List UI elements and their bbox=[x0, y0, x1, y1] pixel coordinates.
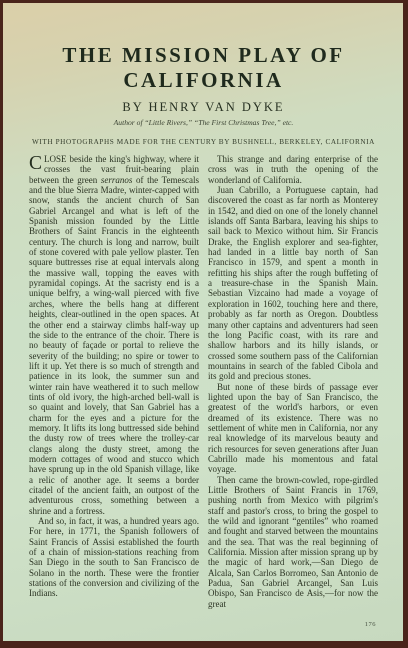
italic-text-run: serranos bbox=[101, 175, 133, 185]
byline: BY HENRY VAN DYKE bbox=[29, 100, 378, 115]
paragraph: This strange and daring enterprise of th… bbox=[208, 154, 378, 185]
credit-line: WITH PHOTOGRAPHS MADE FOR THE CENTURY BY… bbox=[29, 138, 378, 146]
text-run: This strange and daring enterprise of th… bbox=[208, 154, 378, 185]
page-number: 176 bbox=[365, 621, 376, 628]
paragraph: But none of these birds of passage ever … bbox=[208, 382, 378, 475]
article-title-line1: THE MISSION PLAY OF bbox=[29, 43, 378, 68]
column-left: CLOSE beside the king's highway, where i… bbox=[29, 154, 199, 628]
text-columns: CLOSE beside the king's highway, where i… bbox=[29, 154, 378, 628]
article-title: THE MISSION PLAY OF CALIFORNIA bbox=[29, 43, 378, 93]
column-right: This strange and daring enterprise of th… bbox=[208, 154, 378, 628]
paragraph: CLOSE beside the king's highway, where i… bbox=[29, 154, 199, 516]
text-run: Juan Cabrillo, a Portuguese captain, had… bbox=[208, 185, 378, 381]
text-run: And so, in fact, it was, a hundred years… bbox=[29, 516, 199, 598]
text-run: Then came the brown-cowled, rope-girdled… bbox=[208, 475, 378, 609]
article-title-line2: CALIFORNIA bbox=[29, 68, 378, 93]
paragraph: Juan Cabrillo, a Portuguese captain, had… bbox=[208, 185, 378, 382]
text-run: of the Temescals and the blue Sierra Mad… bbox=[29, 175, 199, 516]
paragraph: Then came the brown-cowled, rope-girdled… bbox=[208, 475, 378, 609]
author-note: Author of “Little Rivers,” “The First Ch… bbox=[29, 118, 378, 127]
dropcap-letter: C bbox=[29, 154, 44, 173]
paragraph: And so, in fact, it was, a hundred years… bbox=[29, 516, 199, 599]
text-run: But none of these birds of passage ever … bbox=[208, 382, 378, 475]
magazine-page: THE MISSION PLAY OF CALIFORNIA BY HENRY … bbox=[0, 0, 408, 648]
page-inner: THE MISSION PLAY OF CALIFORNIA BY HENRY … bbox=[3, 3, 403, 628]
